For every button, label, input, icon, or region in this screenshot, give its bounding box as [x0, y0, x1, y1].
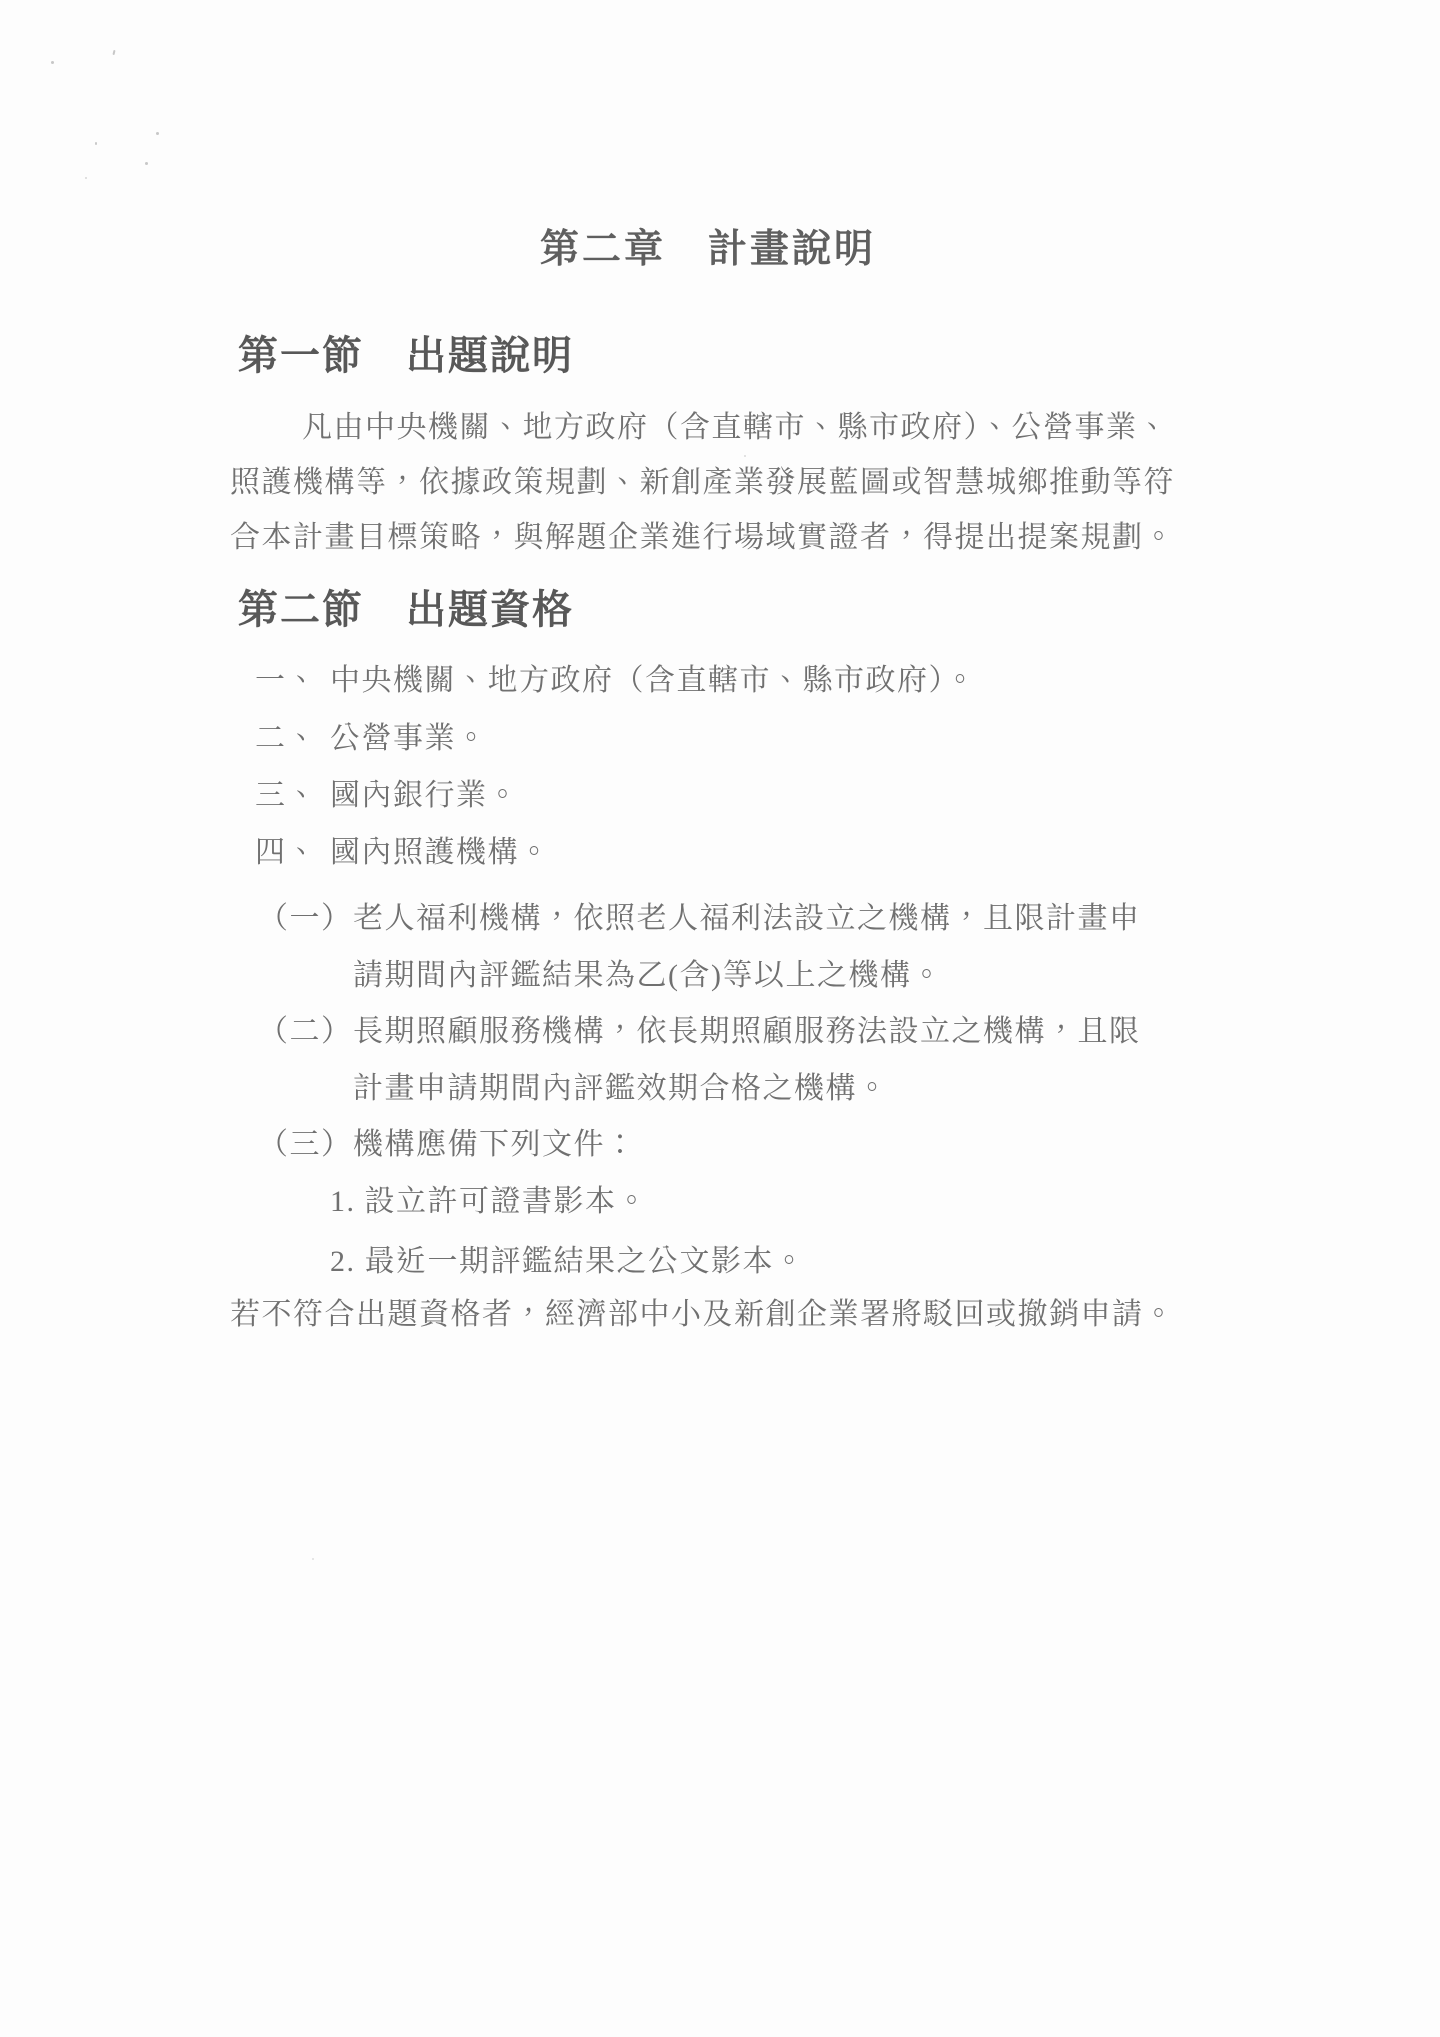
scan-speck [95, 142, 97, 145]
paragraph-line: 合本計畫目標策略，與解題企業進行場域實證者，得提出提案規劃。 [230, 512, 1175, 556]
list-item-text: 公營事業。 [330, 722, 488, 755]
list-item: 三、國內銀行業。 [255, 770, 519, 814]
list-item: 一、中央機關、地方政府（含直轄市、縣市政府）。 [255, 655, 977, 699]
list-item-text: 國內照護機構。 [330, 836, 551, 869]
sub-item-continuation: 計畫申請期間內評鑑效期合格之機構。 [353, 1063, 889, 1107]
scan-speck [312, 1558, 314, 1560]
scan-speck [51, 61, 54, 64]
sub-item-text: 老人福利機構，依照老人福利法設立之機構，且限計畫申 [353, 902, 1141, 935]
scanned-document-page: 第二章 計畫說明 第一節 出題說明 凡由中央機關、地方政府（含直轄市、縣市政府）… [0, 0, 1440, 2037]
sub-item-marker: （一） [258, 893, 353, 937]
sub-item: （二）長期照顧服務機構，依長期照顧服務法設立之機構，且限 [258, 1006, 1141, 1050]
list-item: 二、公營事業。 [255, 713, 488, 757]
paragraph-line: 凡由中央機關、地方政府（含直轄市、縣市政府）、公營事業、 [230, 402, 1169, 446]
sub-item: （三）機構應備下列文件： [258, 1119, 637, 1163]
sub-item-marker: （三） [258, 1119, 353, 1163]
numbered-document-line: 2. 最近一期評鑑結果之公文影本。 [330, 1236, 806, 1280]
paragraph-line: 照護機構等，依據政策規劃、新創產業發展藍圖或智慧城鄉推動等符 [230, 457, 1175, 501]
scan-speck [145, 162, 148, 165]
list-item-marker: 三、 [255, 770, 330, 814]
list-item-text: 國內銀行業。 [330, 779, 519, 812]
sub-item-marker: （二） [258, 1006, 353, 1050]
scan-speck [112, 50, 115, 55]
section-1-heading: 第一節 出題說明 [238, 324, 574, 381]
sub-item: （一）老人福利機構，依照老人福利法設立之機構，且限計畫申 [258, 893, 1141, 937]
section-2-heading: 第二節 出題資格 [238, 578, 574, 635]
sub-item-text: 機構應備下列文件： [353, 1128, 637, 1161]
list-item-marker: 一、 [255, 655, 330, 699]
list-item: 四、國內照護機構。 [255, 827, 551, 871]
scan-speck [85, 177, 87, 179]
chapter-title: 第二章 計畫說明 [540, 218, 876, 274]
list-item-text: 中央機關、地方政府（含直轄市、縣市政府）。 [330, 664, 977, 697]
closing-line: 若不符合出題資格者，經濟部中小及新創企業署將駁回或撤銷申請。 [230, 1289, 1175, 1333]
sub-item-continuation: 請期間內評鑑結果為乙(含)等以上之機構。 [353, 950, 943, 994]
sub-item-text: 長期照顧服務機構，依長期照顧服務法設立之機構，且限 [353, 1015, 1141, 1048]
scan-speck [156, 132, 159, 135]
numbered-document-line: 1. 設立許可證書影本。 [330, 1176, 648, 1220]
list-item-marker: 二、 [255, 713, 330, 757]
list-item-marker: 四、 [255, 827, 330, 871]
